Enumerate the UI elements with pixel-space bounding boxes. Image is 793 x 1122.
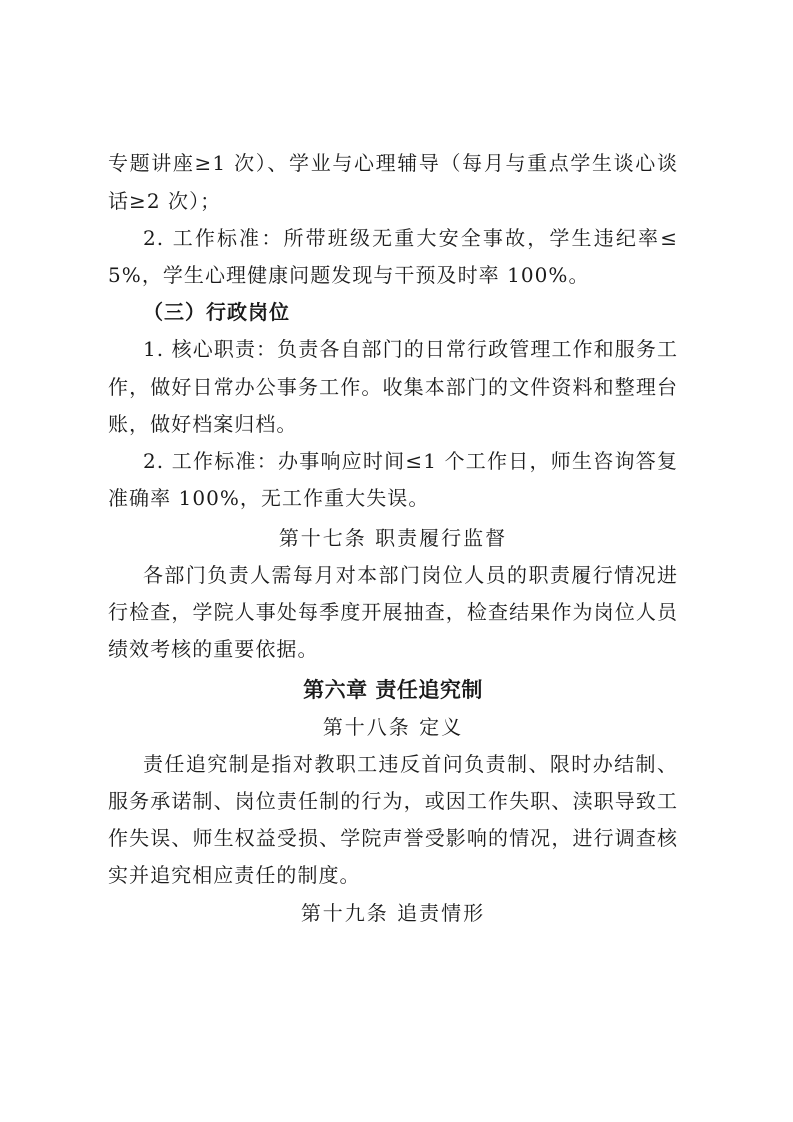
section-heading: （三）行政岗位: [143, 297, 290, 327]
paragraph-line: 服务承诺制、岗位责任制的行为，或因工作失职、渎职导致工: [108, 786, 678, 816]
paragraph-line: 作失误、师生权益受损、学院声誉受影响的情况，进行调查核: [108, 823, 678, 853]
paragraph-line: 话≥2 次）；: [108, 186, 678, 216]
paragraph-line: 准确率 100%，无工作重大失误。: [108, 483, 678, 513]
paragraph-line: 5%，学生心理健康问题发现与干预及时率 100%。: [108, 260, 678, 290]
article-heading: 第十七条 职责履行监督: [108, 523, 678, 553]
paragraph-line: 各部门负责人需每月对本部门岗位人员的职责履行情况进: [143, 560, 678, 590]
paragraph-line: 2. 工作标准：所带班级无重大安全事故，学生违纪率≤: [143, 223, 678, 253]
article-heading: 第十八条 定义: [108, 712, 678, 742]
document-page: 专题讲座≥1 次）、学业与心理辅导（每月与重点学生谈心谈 话≥2 次）； 2. …: [0, 0, 793, 1122]
paragraph-line: 2. 工作标准：办事响应时间≤1 个工作日，师生咨询答复: [143, 446, 678, 476]
paragraph-line: 专题讲座≥1 次）、学业与心理辅导（每月与重点学生谈心谈: [108, 148, 678, 178]
paragraph-line: 作，做好日常办公事务工作。收集本部门的文件资料和整理台: [108, 372, 678, 402]
paragraph-line: 责任追究制是指对教职工违反首问负责制、限时办结制、: [143, 749, 678, 779]
paragraph-line: 绩效考核的重要依据。: [108, 634, 678, 664]
paragraph-line: 实并追究相应责任的制度。: [108, 860, 678, 890]
chapter-heading: 第六章 责任追究制: [108, 674, 678, 706]
paragraph-line: 行检查，学院人事处每季度开展抽查，检查结果作为岗位人员: [108, 597, 678, 627]
article-heading: 第十九条 追责情形: [108, 898, 678, 928]
paragraph-line: 1. 核心职责：负责各自部门的日常行政管理工作和服务工: [143, 334, 678, 364]
paragraph-line: 账，做好档案归档。: [108, 409, 678, 439]
